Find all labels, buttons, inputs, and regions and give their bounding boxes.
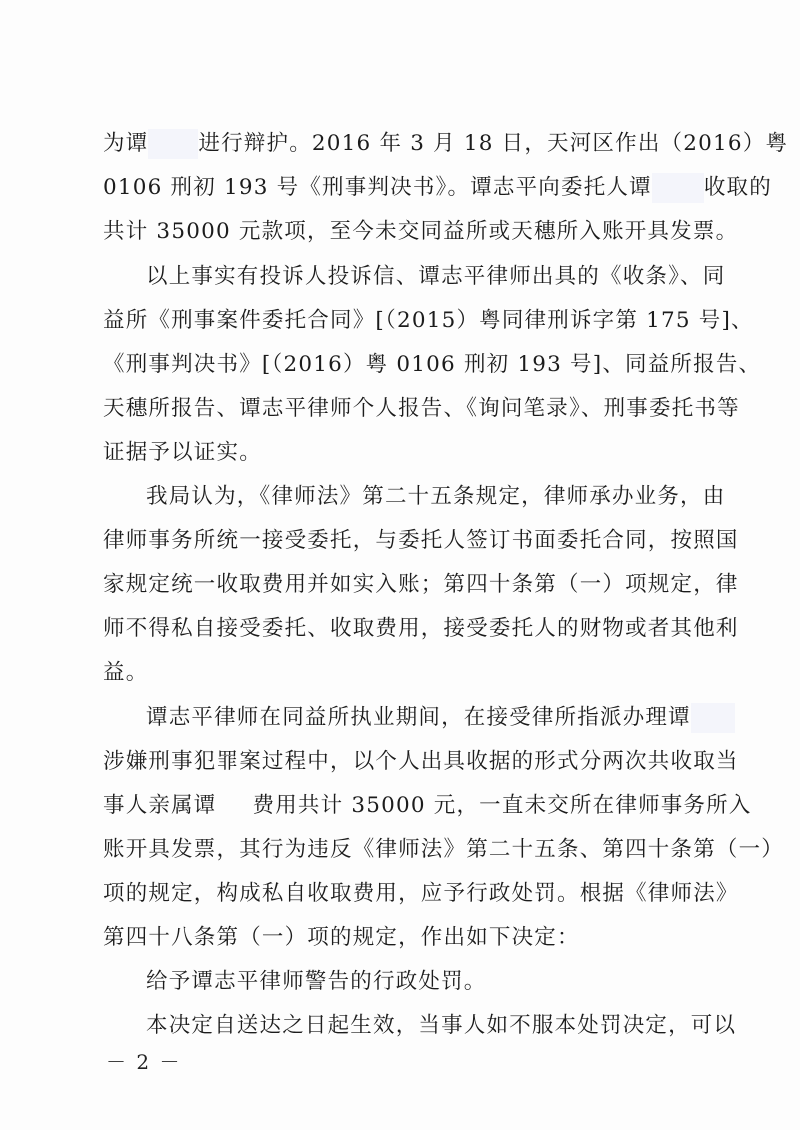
page-number: － 2 － [106,1046,181,1075]
text-line-1: 为谭进行辩护。2016 年 3 月 18 日，天河区作出（2016）粤 [103,129,713,159]
text-line-15: 涉嫌刑事犯罪案过程中，以个人出具收据的形式分两次共收取当 [103,747,713,777]
text-segment: 进行辩护。2016 年 3 月 18 日，天河区作出（2016）粤 [198,131,788,156]
text-line-4: 以上事实有投诉人投诉信、谭志平律师出具的《收条》、同 [146,262,713,292]
text-line-14: 谭志平律师在同益所执业期间，在接受律所指派办理谭 [146,703,713,733]
text-line-7: 天穗所报告、谭志平律师个人报告、《询问笔录》、刑事委托书等 [103,394,713,424]
text-line-21: 本决定自送达之日起生效，当事人如不服本处罚决定，可以 [146,1011,713,1041]
text-segment: 为谭 [103,131,148,156]
text-line-5: 益所《刑事案件委托合同》[（2015）粤同律刑诉字第 175 号]、 [103,306,713,336]
text-line-20: 给予谭志平律师警告的行政处罚。 [146,967,713,997]
document-page: 为谭进行辩护。2016 年 3 月 18 日，天河区作出（2016）粤 0106… [0,0,800,1130]
redaction-box [148,129,198,159]
text-segment: 谭志平律师在同益所执业期间，在接受律所指派办理谭 [146,705,691,730]
text-line-8: 证据予以证实。 [103,438,713,468]
text-line-2: 0106 刑初 193 号《刑事判决书》。谭志平向委托人谭收取的 [103,173,713,203]
text-line-19: 第四十八条第（一）项的规定，作出如下决定： [103,923,713,953]
text-segment: 0106 刑初 193 号《刑事判决书》。谭志平向委托人谭 [103,175,652,200]
text-line-13: 益。 [103,658,713,688]
text-line-16: 事人亲属谭费用共计 35000 元，一直未交所在律师事务所入 [103,791,713,821]
text-line-10: 律师事务所统一接受委托，与委托人签订书面委托合同，按照国 [103,526,713,556]
text-line-18: 项的规定，构成私自收取费用，应予行政处罚。根据《律师法》 [103,879,713,909]
text-line-11: 家规定统一收取费用并如实入账；第四十条第（一）项规定，律 [103,570,713,600]
redaction-box [691,703,735,733]
text-segment: 收取的 [704,175,772,200]
text-line-6: 《刑事判决书》[（2016）粤 0106 刑初 193 号]、同益所报告、 [103,350,713,380]
text-segment: 费用共计 35000 元，一直未交所在律师事务所入 [253,793,752,818]
text-line-3: 共计 35000 元款项，至今未交同益所或天穗所入账开具发票。 [103,217,713,247]
text-line-9: 我局认为，《律师法》第二十五条规定，律师承办业务，由 [146,482,713,512]
text-line-12: 师不得私自接受委托、收取费用，接受委托人的财物或者其他利 [103,614,713,644]
redaction-box [652,173,704,203]
text-line-17: 账开具发票，其行为违反《律师法》第二十五条、第四十条第（一） [103,835,713,865]
text-segment: 事人亲属谭 [103,793,217,818]
